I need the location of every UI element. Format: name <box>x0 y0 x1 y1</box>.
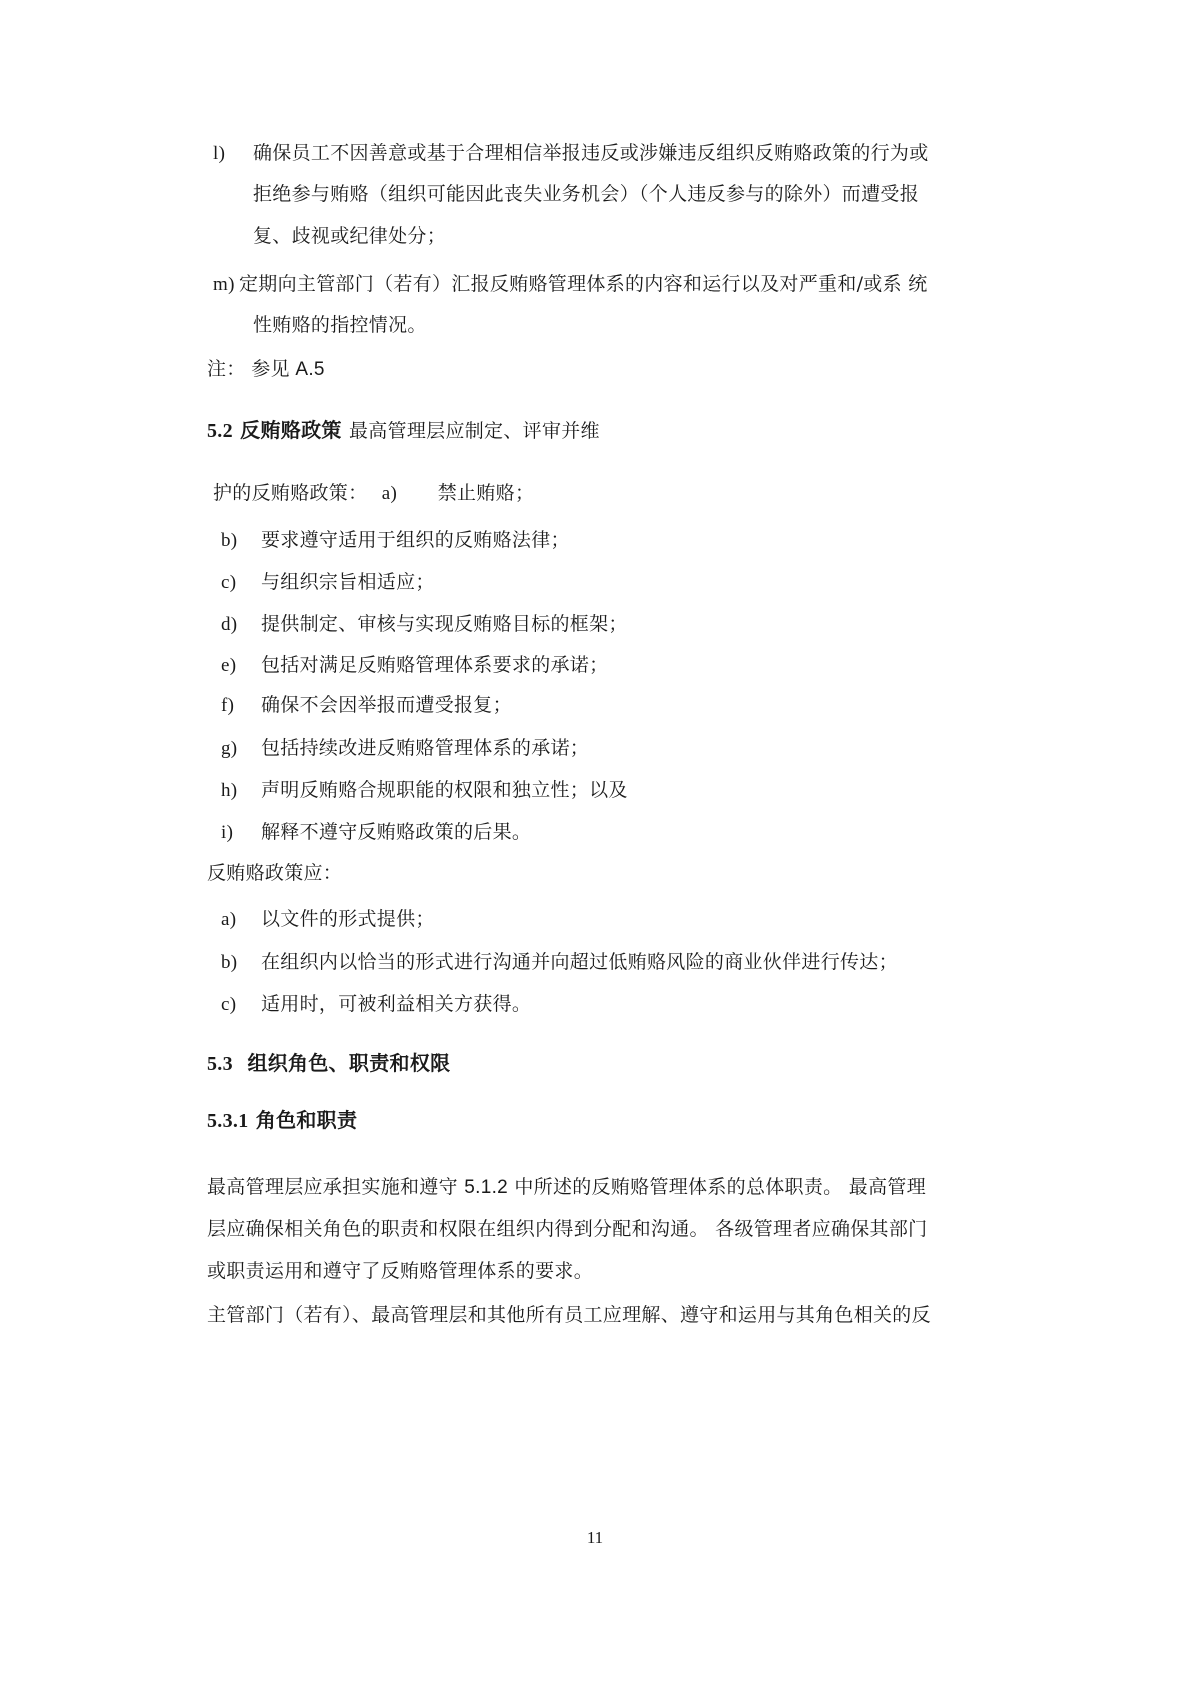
list-marker: d) <box>221 613 261 637</box>
section-number: 5.2 <box>207 420 233 442</box>
list-marker: f) <box>221 694 261 718</box>
list-item-text: 要求遵守适用于组织的反贿赂法律； <box>261 529 570 551</box>
list-marker: h) <box>221 779 261 803</box>
list-marker: a) <box>382 482 438 506</box>
list-item-text: 禁止贿赂； <box>438 482 535 504</box>
paragraph-line: 主管部门（若有）、最高管理层和其他所有员工应理解、遵守和运用与其角色相关的反 <box>207 1303 931 1327</box>
list-marker: g) <box>221 737 261 761</box>
list-item-g: g)包括持续改进反贿赂管理体系的承诺； <box>221 736 589 761</box>
list-item-c: c)与组织宗旨相适应； <box>221 570 435 595</box>
note-label: 注： <box>207 359 246 380</box>
list-item-text: 提供制定、审核与实现反贿赂目标的框架； <box>261 613 628 635</box>
list-marker: e) <box>221 654 261 678</box>
paragraph-line: 最高管理层应承担实施和遵守 5.1.2 中所述的反贿赂管理体系的总体职责。 最高… <box>207 1175 926 1200</box>
list-item-text: 包括对满足反贿赂管理体系要求的承诺； <box>261 654 608 676</box>
list-marker: l) <box>213 142 253 166</box>
section-intro: 最高管理层应制定、评审并维 <box>349 420 600 442</box>
list-item-b: b)要求遵守适用于组织的反贿赂法律； <box>221 528 570 553</box>
section-heading-5-2: 5.2 反贿赂政策 最高管理层应制定、评审并维 <box>207 418 600 443</box>
list-marker: b) <box>221 529 261 553</box>
policy-item-b: b)在组织内以恰当的形式进行沟通并向超过低贿赂风险的商业伙伴进行传达； <box>221 950 898 975</box>
list-item-text: 与组织宗旨相适应； <box>261 571 435 593</box>
list-item-i: i)解释不遵守反贿赂政策的后果。 <box>221 820 531 845</box>
section-number: 5.3 <box>207 1053 233 1075</box>
section-title: 组织角色、职责和权限 <box>247 1051 450 1075</box>
paragraph-line: 或职责运用和遵守了反贿赂管理体系的要求。 <box>207 1259 593 1283</box>
document-page: l)确保员工不因善意或基于合理相信举报违反或涉嫌违反组织反贿赂政策的行为或 拒绝… <box>0 0 1190 1684</box>
list-item-text: 以文件的形式提供； <box>261 908 435 930</box>
list-item-text: 包括持续改进反贿赂管理体系的承诺； <box>261 737 589 759</box>
list-item-continuation: 复、歧视或纪律处分； <box>253 224 446 248</box>
policy-shall-label: 反贿赂政策应： <box>207 861 342 885</box>
list-item-m: m)定期向主管部门（若有）汇报反贿赂管理体系的内容和运行以及对严重和/或系 统 <box>213 272 928 297</box>
policy-intro-line: 护的反贿赂政策： a)禁止贿赂； <box>213 481 534 506</box>
list-marker: c) <box>221 993 261 1017</box>
list-marker: a) <box>221 908 261 932</box>
list-item-text: 确保员工不因善意或基于合理相信举报违反或涉嫌违反组织反贿赂政策的行为或 <box>253 142 929 164</box>
list-item-text: 解释不遵守反贿赂政策的后果。 <box>261 821 531 843</box>
list-marker: i) <box>221 821 261 845</box>
paragraph-text: 最高管理层应承担实施和遵守 <box>207 1176 464 1198</box>
clause-reference: 5.1.2 <box>464 1177 508 1198</box>
list-item-text: 在组织内以恰当的形式进行沟通并向超过低贿赂风险的商业伙伴进行传达； <box>261 951 898 973</box>
list-item-continuation: 性贿赂的指控情况。 <box>253 313 427 337</box>
list-item-l: l)确保员工不因善意或基于合理相信举报违反或涉嫌违反组织反贿赂政策的行为或 <box>213 141 929 166</box>
list-item-d: d)提供制定、审核与实现反贿赂目标的框架； <box>221 612 628 637</box>
list-marker: c) <box>221 571 261 595</box>
section-number: 5.3.1 <box>207 1110 249 1132</box>
section-intro-continuation: 护的反贿赂政策： <box>213 482 367 504</box>
list-marker: b) <box>221 951 261 975</box>
list-item-f: f)确保不会因举报而遭受报复； <box>221 693 512 718</box>
paragraph-line: 层应确保相关角色的职责和权限在组织内得到分配和沟通。 各级管理者应确保其部门 <box>207 1217 927 1241</box>
list-item-text: 确保不会因举报而遭受报复； <box>261 694 512 716</box>
list-item-continuation: 拒绝参与贿赂（组织可能因此丧失业务机会）（个人违反参与的除外）而遭受报 <box>253 182 919 206</box>
section-heading-5-3-1: 5.3.1 角色和职责 <box>207 1108 357 1133</box>
policy-item-c: c)适用时，可被利益相关方获得。 <box>221 992 531 1017</box>
note-text: 参见 A.5 <box>251 359 325 380</box>
list-item-text: 声明反贿赂合规职能的权限和独立性；以及 <box>261 779 628 801</box>
list-item-e: e)包括对满足反贿赂管理体系要求的承诺； <box>221 653 608 678</box>
list-item-text: 定期向主管部门（若有）汇报反贿赂管理体系的内容和运行以及对严重和/或系 统 <box>239 273 928 295</box>
note: 注： 参见 A.5 <box>207 358 325 382</box>
section-heading-5-3: 5.3 组织角色、职责和权限 <box>207 1051 450 1076</box>
policy-item-a: a)以文件的形式提供； <box>221 907 435 932</box>
page-number: 11 <box>0 1528 1190 1548</box>
list-item-text: 适用时，可被利益相关方获得。 <box>261 993 531 1015</box>
paragraph-text: 中所述的反贿赂管理体系的总体职责。 最高管理 <box>508 1176 926 1198</box>
section-title: 反贿赂政策 <box>240 418 342 442</box>
section-title: 角色和职责 <box>256 1108 358 1132</box>
list-marker: m) <box>213 273 239 297</box>
list-item-h: h)声明反贿赂合规职能的权限和独立性；以及 <box>221 778 628 803</box>
